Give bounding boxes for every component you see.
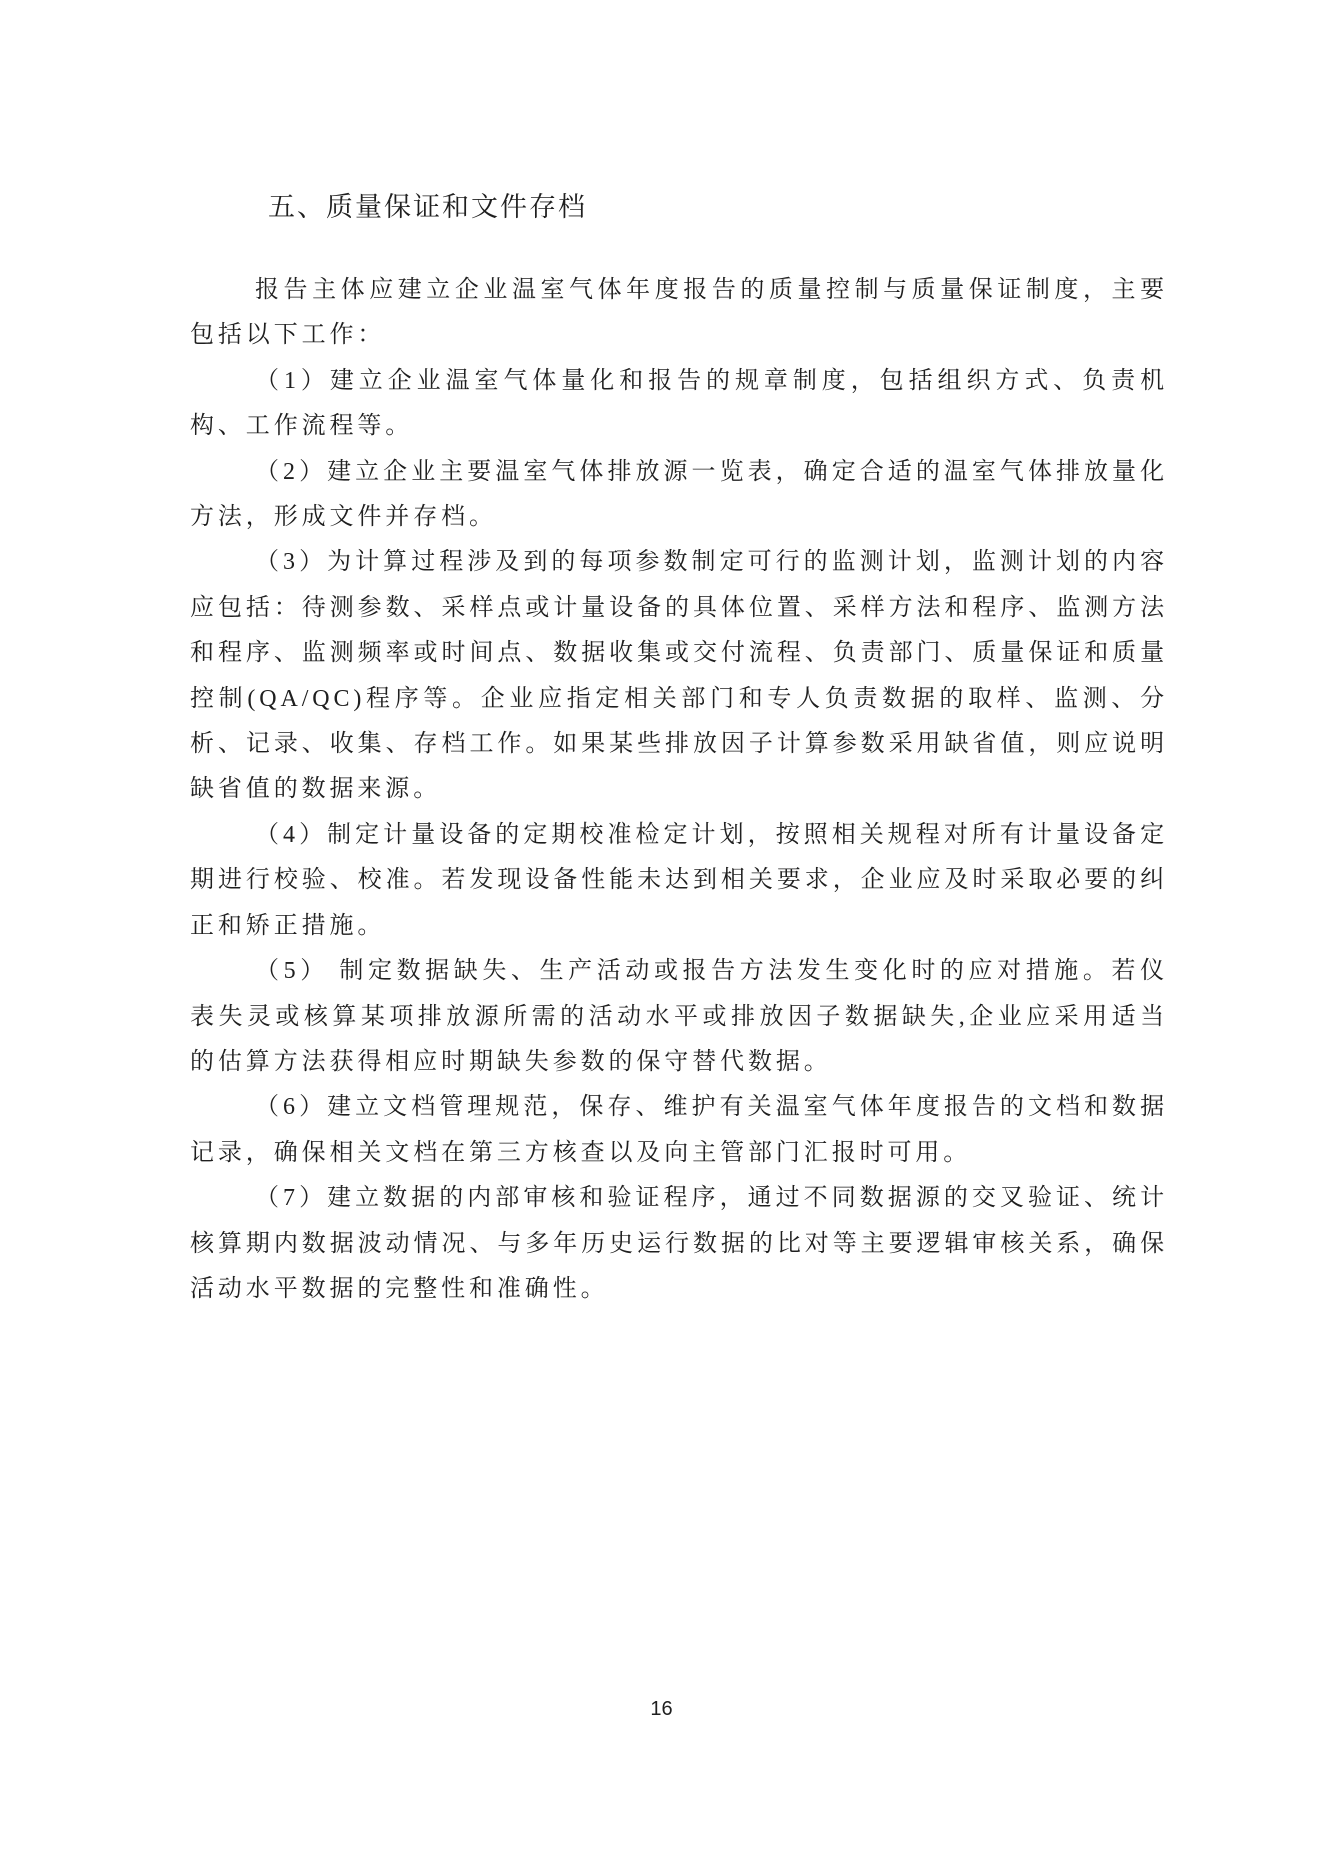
paragraph-intro: 报告主体应建立企业温室气体年度报告的质量控制与质量保证制度，主要包括以下工作： <box>190 268 1168 359</box>
section-body: 报告主体应建立企业温室气体年度报告的质量控制与质量保证制度，主要包括以下工作： … <box>190 268 1168 1312</box>
page-number: 16 <box>0 1698 1323 1721</box>
section-title: 五、质量保证和文件存档 <box>268 186 1168 228</box>
paragraph-item-3: （3）为计算过程涉及到的每项参数制定可行的监测计划，监测计划的内容应包括：待测参… <box>190 540 1168 812</box>
paragraph-item-5: （5） 制定数据缺失、生产活动或报告方法发生变化时的应对措施。若仪表失灵或核算某… <box>190 949 1168 1085</box>
paragraph-item-1: （1）建立企业温室气体量化和报告的规章制度，包括组织方式、负责机构、工作流程等。 <box>190 359 1168 450</box>
paragraph-item-6: （6）建立文档管理规范，保存、维护有关温室气体年度报告的文档和数据记录，确保相关… <box>190 1085 1168 1176</box>
document-content: 五、质量保证和文件存档 报告主体应建立企业温室气体年度报告的质量控制与质量保证制… <box>190 186 1168 1312</box>
paragraph-item-7: （7）建立数据的内部审核和验证程序，通过不同数据源的交叉验证、统计核算期内数据波… <box>190 1176 1168 1312</box>
document-page: 五、质量保证和文件存档 报告主体应建立企业温室气体年度报告的质量控制与质量保证制… <box>0 0 1323 1871</box>
paragraph-item-2: （2）建立企业主要温室气体排放源一览表，确定合适的温室气体排放量化方法，形成文件… <box>190 450 1168 541</box>
paragraph-item-4: （4）制定计量设备的定期校准检定计划，按照相关规程对所有计量设备定期进行校验、校… <box>190 813 1168 949</box>
